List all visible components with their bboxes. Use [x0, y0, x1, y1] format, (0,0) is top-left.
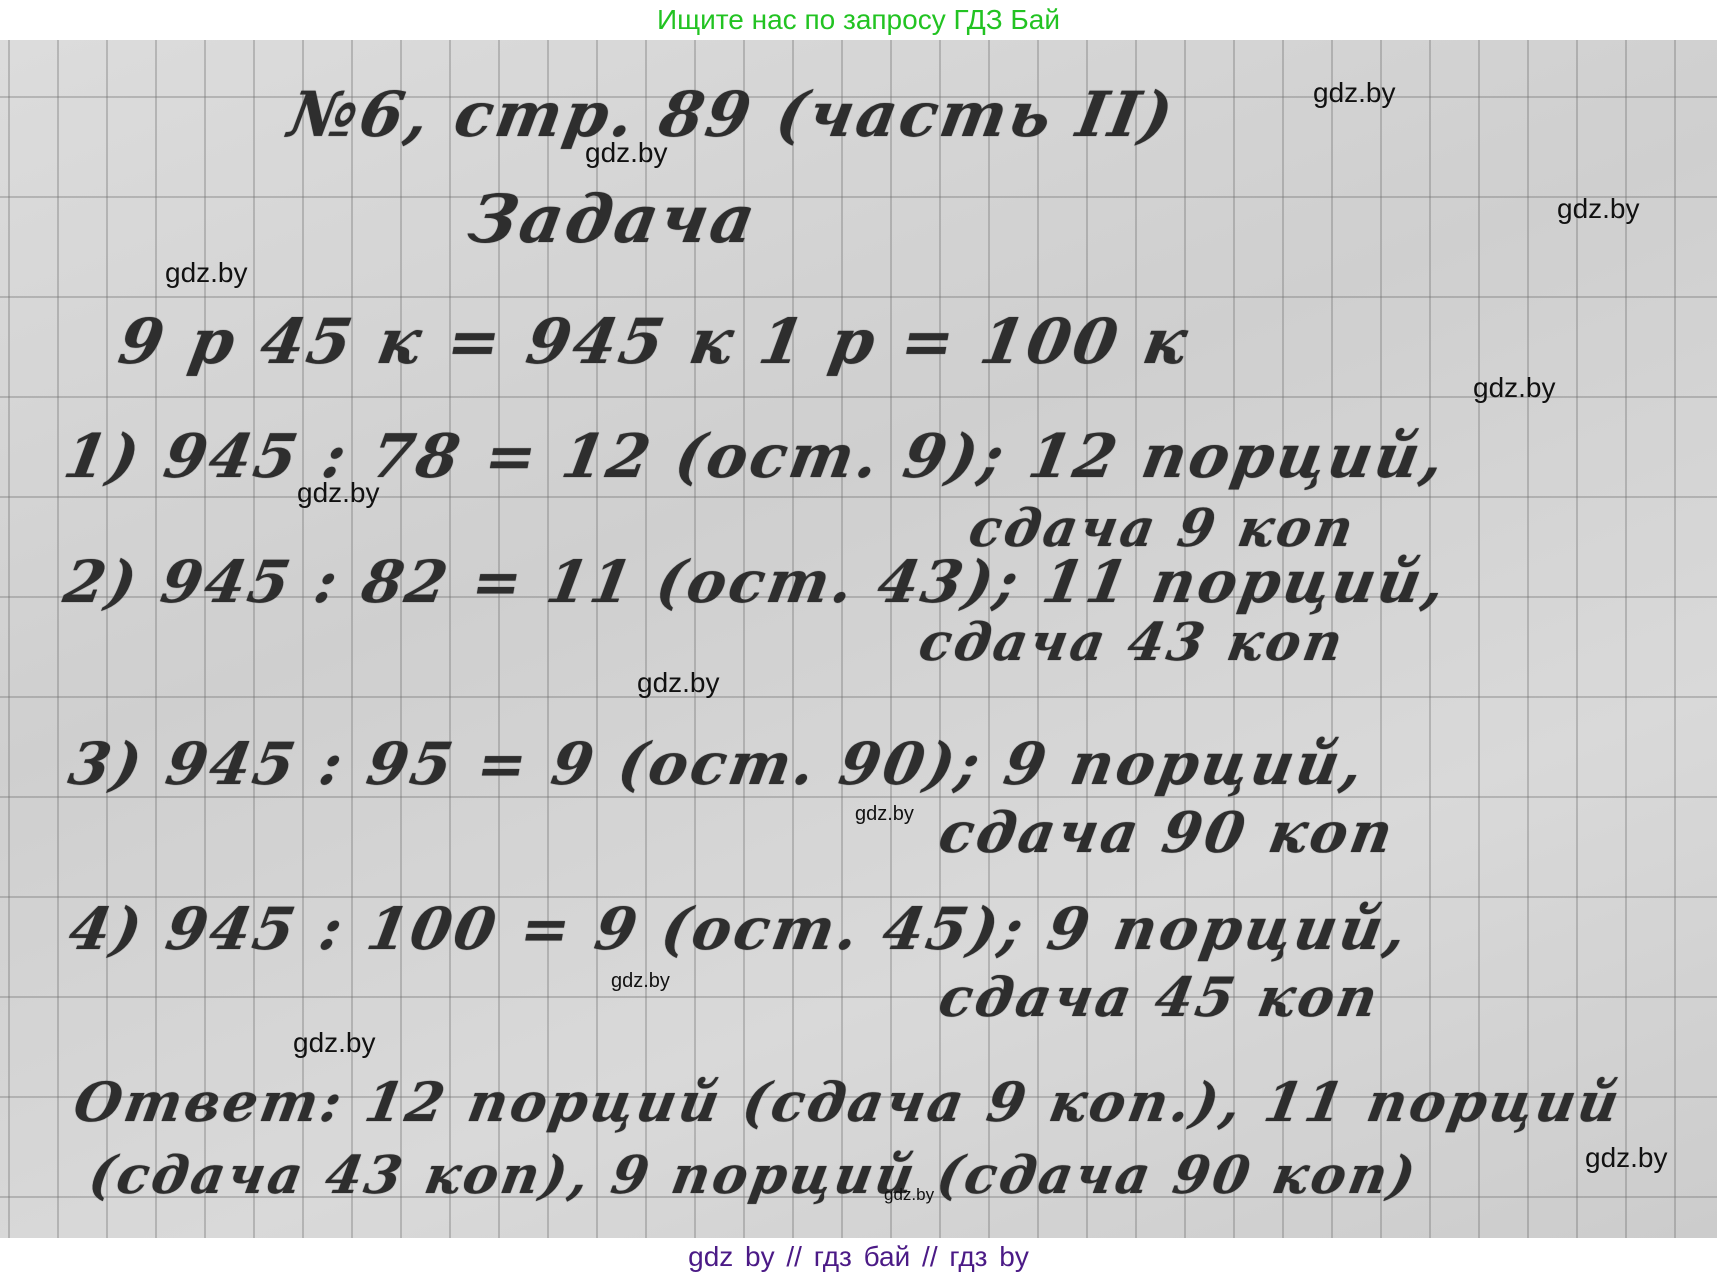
answer-line-2: (сдача 43 коп), 9 порций (сдача 90 коп): [85, 1145, 1423, 1206]
step-3-change: сдача 90 коп: [934, 800, 1400, 866]
step-1: 1) 945 : 78 = 12 (ост. 9); 12 порций,: [59, 422, 1452, 492]
search-hint-banner: Ищите нас по запросу ГДЗ Бай: [0, 0, 1717, 40]
step-3: 3) 945 : 95 = 9 (ост. 90); 9 порций,: [64, 730, 1371, 798]
watermark: gdz.by: [1313, 77, 1396, 109]
watermark: gdz.by: [293, 1027, 376, 1059]
watermark: gdz.by: [884, 1185, 934, 1205]
watermark: gdz.by: [1557, 193, 1640, 225]
step-4-change: сдача 45 коп: [934, 965, 1385, 1029]
step-2: 2) 945 : 82 = 11 (ост. 43); 11 порций,: [59, 548, 1453, 616]
watermark: gdz.by: [1585, 1142, 1668, 1174]
watermark: gdz.by: [611, 970, 670, 993]
step-2-change: сдача 43 коп: [915, 612, 1350, 673]
section-heading: Задача: [463, 180, 764, 258]
watermark: gdz.by: [297, 477, 380, 509]
watermark: gdz.by: [637, 667, 720, 699]
watermark: gdz.by: [585, 137, 668, 169]
unit-conversion: 9 р 45 к = 945 к 1 р = 100 к: [114, 305, 1196, 378]
watermark: gdz.by: [1473, 372, 1556, 404]
answer-line-1: Ответ: 12 порций (сдача 9 коп.), 11 порц…: [69, 1070, 1626, 1134]
watermark: gdz.by: [165, 257, 248, 289]
notebook-photo: №6, стр. 89 (часть II) Задача 9 р 45 к =…: [0, 40, 1717, 1238]
footer-links: gdz by // гдз бай // гдз by: [0, 1238, 1717, 1275]
step-4: 4) 945 : 100 = 9 (ост. 45); 9 порций,: [64, 895, 1414, 963]
exercise-title: №6, стр. 89 (часть II): [284, 78, 1181, 151]
watermark: gdz.by: [855, 803, 914, 826]
